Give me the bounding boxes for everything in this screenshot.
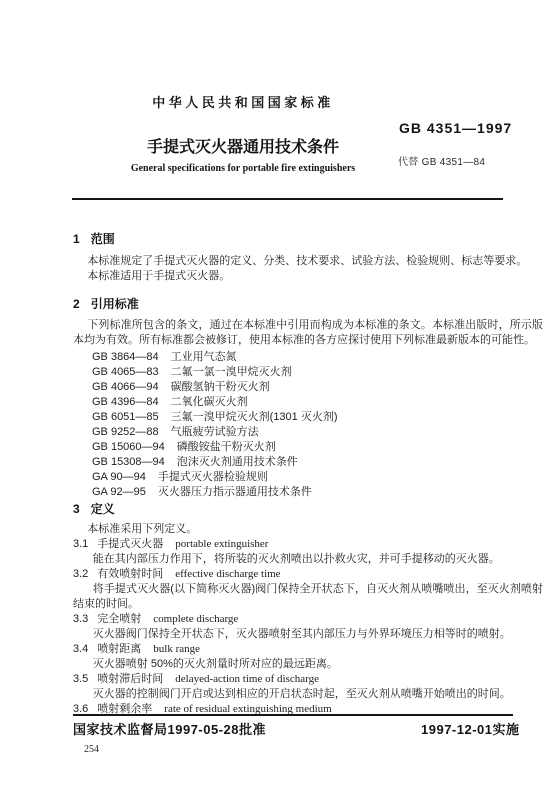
implementation-date: 1997-12-01实施 [421,719,520,738]
clause-body: 将手提式灭火器(以下简称灭火器)阀门保持全开状态下，自灭火剂从喷嘴喷出，至灭火剂… [73,582,543,612]
clause-term: 完全喷射 [97,612,141,627]
definition-clause: 3.1手提式灭火器portable extinguisher 能在其内部压力作用… [73,537,543,567]
reference-title: 三氟一溴甲烷灭火剂(1301 灭火剂) [171,411,338,423]
clause-number: 3.5 [73,672,88,687]
reference-item: GB 3864—84工业用气态氮 [73,350,543,365]
document-title-english: General specifications for portable fire… [93,163,393,174]
clause-term-english: complete discharge [153,613,238,625]
clause-body: 灭火器阀门保持全开状态下，灭火器喷射至其内部压力与外界环境压力相等时的喷射。 [73,627,543,642]
reference-item: GA 92—95灭火器压力指示器通用技术条件 [73,485,543,500]
section-2-number: 2 [73,297,80,312]
clause-number: 3.3 [73,612,88,627]
reference-item: GB 9252—88气瓶疲劳试验方法 [73,425,543,440]
section-3-intro: 本标准采用下列定义。 [73,522,543,537]
clause-body: 灭火器的控制阀门开启或达到相应的开启状态时起，至灭火剂从喷嘴开始喷出的时间。 [73,687,543,702]
reference-code: GB 3864—84 [92,350,159,365]
definition-clause: 3.2有效喷射时间effective discharge time 将手提式灭火… [73,567,543,612]
replaces-note: 代替 GB 4351—84 [398,153,485,168]
clause-number: 3.1 [73,537,88,552]
footer-rule [73,714,513,716]
reference-title: 工业用气态氮 [171,351,237,363]
clause-term-english: delayed-action time of discharge [175,673,319,685]
reference-item: GA 90—94手提式灭火器检验规则 [73,470,543,485]
reference-item: GB 4066—94碳酸氢钠干粉灭火剂 [73,380,543,395]
reference-code: GB 6051—85 [92,410,159,425]
reference-code: GB 4066—94 [92,380,159,395]
clause-term: 喷射距离 [97,642,141,657]
document-title: 手提式灭火器通用技术条件 [93,134,393,157]
section-3-title: 定义 [91,502,115,516]
clause-term-english: portable extinguisher [175,538,268,550]
clause-term: 手提式灭火器 [97,537,163,552]
reference-item: GB 4065—83二氟一氯一溴甲烷灭火剂 [73,365,543,380]
section-2-heading: 2引用标准 [73,297,543,312]
section-2-paragraph: 下列标准所包含的条文，通过在本标准中引用而构成为本标准的条文。本标准出版时，所示… [73,318,543,348]
page-number: 254 [84,744,99,755]
document-page: 中华人民共和国国家标准 GB 4351—1997 手提式灭火器通用技术条件 代替… [0,0,548,800]
reference-item: GB 4396—84二氧化碳灭火剂 [73,395,543,410]
standard-kicker: 中华人民共和国国家标准 [93,92,393,111]
clause-heading: 3.5喷射滞后时间delayed-action time of discharg… [73,672,543,687]
reference-code: GA 90—94 [92,470,146,485]
approval-note: 国家技术监督局1997-05-28批准 [73,719,266,738]
section-3-heading: 3定义 [73,502,543,517]
reference-item: GB 15308—94泡沫灭火剂通用技术条件 [73,455,543,470]
document-body: 1范围 本标准规定了手提式灭火器的定义、分类、技术要求、试验方法、检验规则、标志… [73,232,543,717]
reference-title: 泡沫灭火剂通用技术条件 [177,456,298,468]
reference-code: GB 15060—94 [92,440,165,455]
clause-heading: 3.3完全喷射complete discharge [73,612,543,627]
definition-clause: 3.3完全喷射complete discharge 灭火器阀门保持全开状态下，灭… [73,612,543,642]
definition-clause: 3.4喷射距离bulk range 灭火器喷射 50%的灭火剂量时所对应的最远距… [73,642,543,672]
clause-number: 3.4 [73,642,88,657]
reference-item: GB 15060—94磷酸铵盐干粉灭火剂 [73,440,543,455]
reference-code: GB 4396—84 [92,395,159,410]
section-2-title: 引用标准 [91,297,139,311]
clause-term: 有效喷射时间 [97,567,163,582]
clause-heading: 3.2有效喷射时间effective discharge time [73,567,543,582]
clause-term: 喷射滞后时间 [97,672,163,687]
reference-item: GB 6051—85三氟一溴甲烷灭火剂(1301 灭火剂) [73,410,543,425]
clause-body: 能在其内部压力作用下，将所装的灭火剂喷出以扑救火灾，并可手提移动的灭火器。 [73,552,543,567]
section-3-number: 3 [73,502,80,517]
definition-clause: 3.5喷射滞后时间delayed-action time of discharg… [73,672,543,702]
reference-title: 磷酸铵盐干粉灭火剂 [177,441,276,453]
clause-number: 3.2 [73,567,88,582]
reference-title: 气瓶疲劳试验方法 [171,426,259,438]
clause-term-english: effective discharge time [175,568,280,580]
section-1-title: 范围 [91,232,115,246]
clause-term-english: bulk range [153,643,200,655]
clause-heading: 3.4喷射距离bulk range [73,642,543,657]
reference-code: GA 92—95 [92,485,146,500]
section-1-number: 1 [73,232,80,247]
reference-title: 手提式灭火器检验规则 [158,471,268,483]
clause-body: 灭火器喷射 50%的灭火剂量时所对应的最远距离。 [73,657,543,672]
reference-title: 二氧化碳灭火剂 [171,396,248,408]
section-1-paragraph: 本标准适用于手提式灭火器。 [73,269,543,284]
reference-code: GB 4065—83 [92,365,159,380]
reference-title: 灭火器压力指示器通用技术条件 [158,486,312,498]
header-rule [72,198,503,200]
reference-title: 二氟一氯一溴甲烷灭火剂 [171,366,292,378]
standard-number: GB 4351—1997 [399,120,512,136]
reference-title: 碳酸氢钠干粉灭火剂 [171,381,270,393]
section-1-heading: 1范围 [73,232,543,247]
clause-heading: 3.1手提式灭火器portable extinguisher [73,537,543,552]
reference-list: GB 3864—84工业用气态氮 GB 4065—83二氟一氯一溴甲烷灭火剂 G… [73,350,543,500]
reference-code: GB 15308—94 [92,455,165,470]
reference-code: GB 9252—88 [92,425,159,440]
section-1-paragraph: 本标准规定了手提式灭火器的定义、分类、技术要求、试验方法、检验规则、标志等要求。 [73,254,543,269]
